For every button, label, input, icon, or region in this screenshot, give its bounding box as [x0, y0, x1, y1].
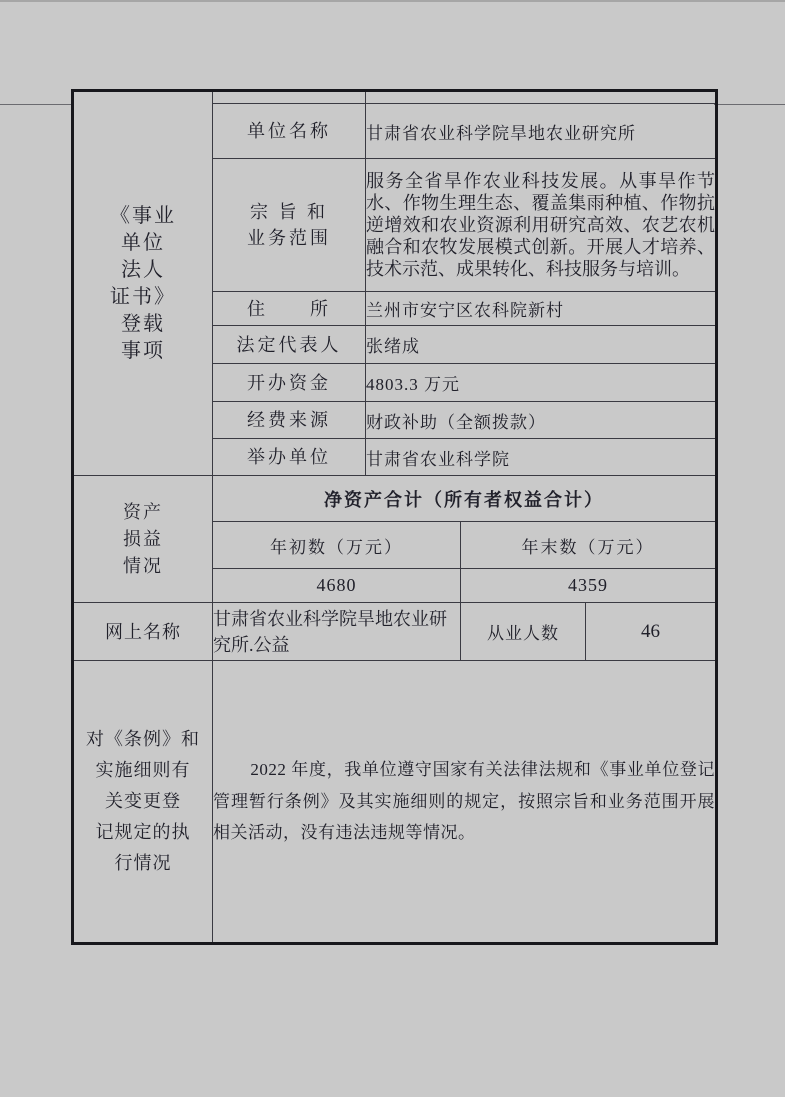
year-start-value: 4680	[213, 569, 461, 603]
compliance-side-label: 对《条例》和 实施细则有 关变更登 记规定的执 行情况	[73, 661, 213, 944]
sponsor-unit-label: 举办单位	[213, 439, 366, 476]
startup-capital-label: 开办资金	[213, 364, 366, 402]
scanned-form-page: 《事业 单位 法人 证书》 登载 事项 单位名称 甘肃省农业科学院旱地农业研究所…	[0, 0, 785, 1097]
startup-capital-value: 4803.3 万元	[366, 364, 717, 402]
unit-name-label: 单位名称	[213, 104, 366, 159]
address-label: 住 所	[213, 292, 366, 326]
certificate-items-side-label: 《事业 单位 法人 证书》 登载 事项	[73, 91, 213, 476]
year-start-label: 年初数（万元）	[213, 522, 461, 569]
mission-value: 服务全省旱作农业科技发展。从事旱作节水、作物生理生态、覆盖集雨种植、作物抗逆增效…	[366, 159, 717, 292]
assets-side-label: 资产 损益 情况	[73, 476, 213, 603]
compliance-statement: 2022 年度，我单位遵守国家有关法律法规和《事业单位登记管理暂行条例》及其实施…	[213, 661, 717, 944]
staff-count-label: 从业人数	[461, 603, 586, 661]
address-value: 兰州市安宁区农科院新村	[366, 292, 717, 326]
online-name-value: 甘肃省农业科学院旱地农业研究所.公益	[213, 603, 461, 661]
funding-source-value: 财政补助（全额拨款）	[366, 402, 717, 439]
net-assets-header: 净资产合计（所有者权益合计）	[213, 476, 717, 522]
scan-top-edge	[0, 0, 785, 2]
online-name-row: 网上名称 甘肃省农业科学院旱地农业研究所.公益 从业人数 46	[73, 603, 717, 661]
compliance-row: 对《条例》和 实施细则有 关变更登 记规定的执 行情况 2022 年度，我单位遵…	[73, 661, 717, 944]
registration-form-table: 《事业 单位 法人 证书》 登载 事项 单位名称 甘肃省农业科学院旱地农业研究所…	[71, 89, 718, 945]
page-rule-right	[714, 104, 785, 105]
online-name-label: 网上名称	[73, 603, 213, 661]
sponsor-unit-value: 甘肃省农业科学院	[366, 439, 717, 476]
legal-representative-value: 张绪成	[366, 326, 717, 364]
legal-representative-label: 法定代表人	[213, 326, 366, 364]
top-strip-cell-left	[213, 91, 366, 104]
year-end-value: 4359	[461, 569, 717, 603]
mission-label: 宗 旨 和 业务范围	[213, 159, 366, 292]
year-end-label: 年末数（万元）	[461, 522, 717, 569]
page-rule-left	[0, 104, 72, 105]
funding-source-label: 经费来源	[213, 402, 366, 439]
top-strip-row: 《事业 单位 法人 证书》 登载 事项	[73, 91, 717, 104]
net-assets-header-row: 资产 损益 情况 净资产合计（所有者权益合计）	[73, 476, 717, 522]
unit-name-value: 甘肃省农业科学院旱地农业研究所	[366, 104, 717, 159]
top-strip-cell-right	[366, 91, 717, 104]
staff-count-value: 46	[586, 603, 717, 661]
